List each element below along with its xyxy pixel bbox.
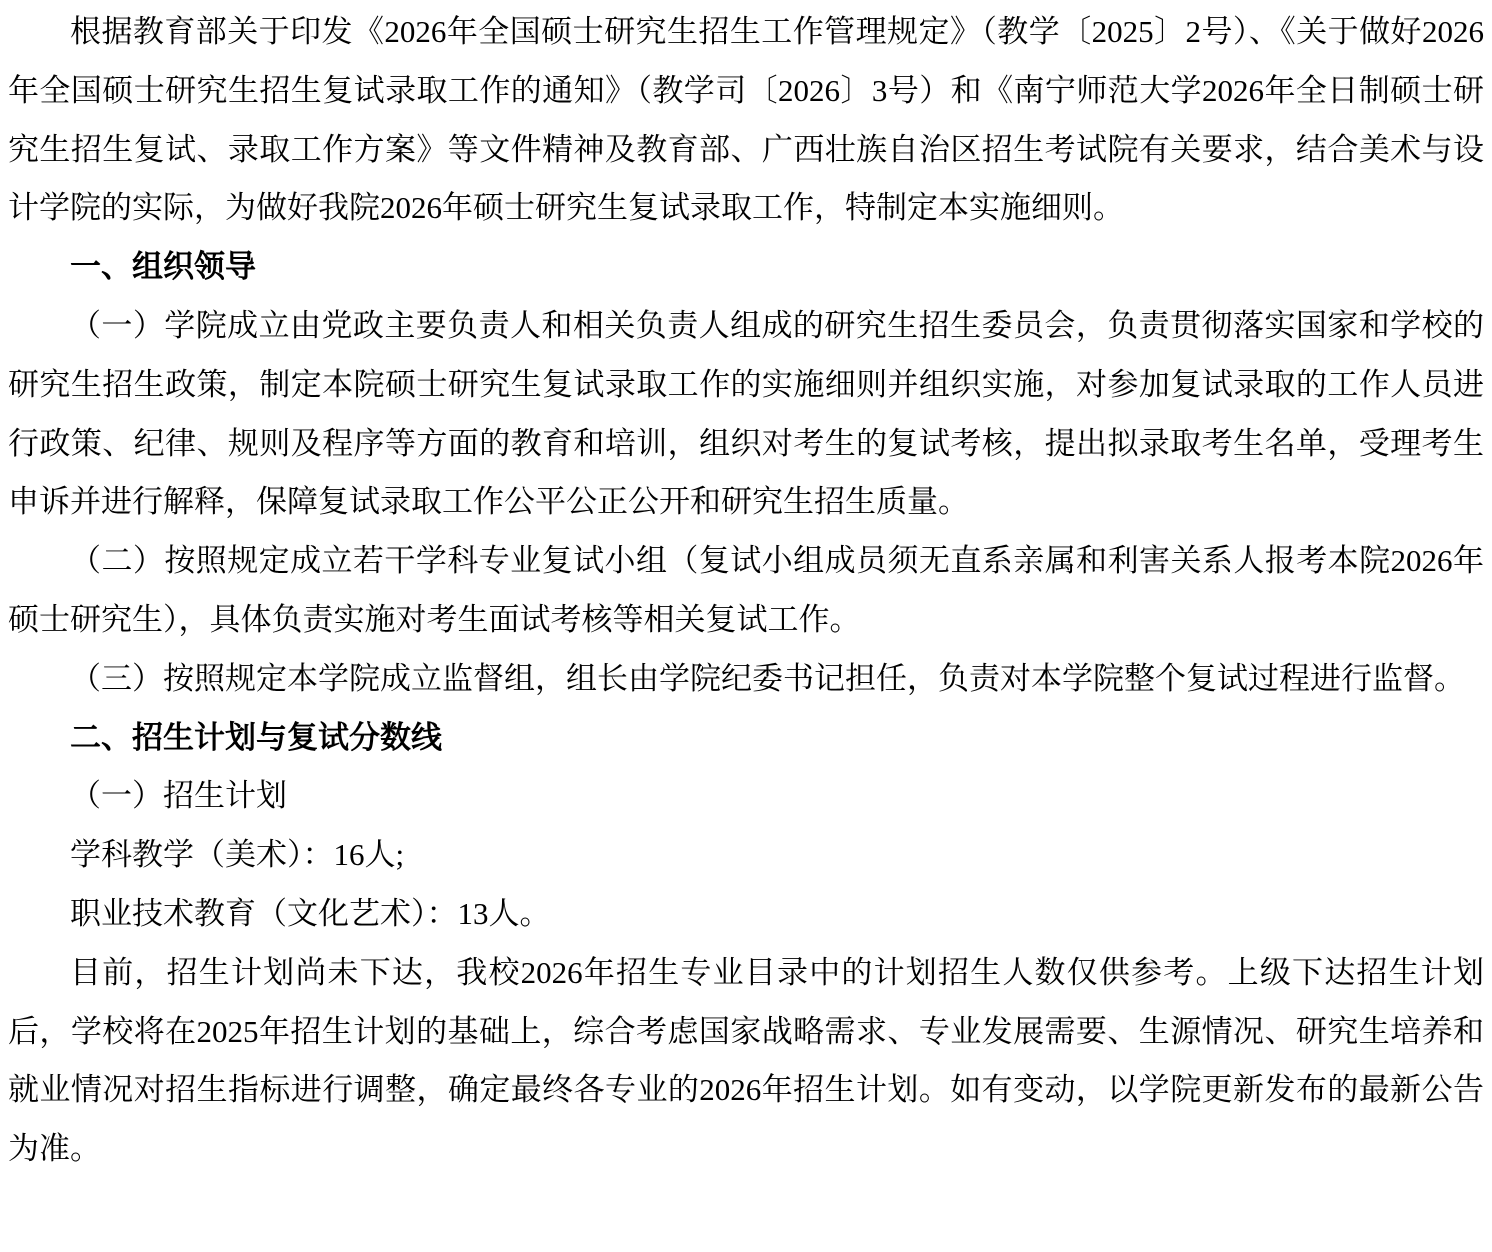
section-2-subheading-plan: （一）招生计划 — [8, 767, 1484, 826]
section-1-item-2: （二）按照规定成立若干学科专业复试小组（复试小组成员须无直系亲属和利害关系人报考… — [8, 532, 1484, 650]
plan-note-paragraph: 目前，招生计划尚未下达，我校2026年招生专业目录中的计划招生人数仅供参考。上级… — [8, 944, 1484, 1179]
section-1-heading: 一、组织领导 — [8, 238, 1484, 297]
section-1-item-3: （三）按照规定本学院成立监督组，组长由学院纪委书记担任，负责对本学院整个复试过程… — [8, 650, 1484, 709]
section-2-heading: 二、招生计划与复试分数线 — [8, 709, 1484, 768]
intro-paragraph: 根据教育部关于印发《2026年全国硕士研究生招生工作管理规定》（教学〔2025〕… — [8, 3, 1484, 238]
section-1-item-1: （一）学院成立由党政主要负责人和相关负责人组成的研究生招生委员会，负责贯彻落实国… — [8, 297, 1484, 532]
document-page: 根据教育部关于印发《2026年全国硕士研究生招生工作管理规定》（教学〔2025〕… — [0, 0, 1492, 1252]
plan-line-art-education: 学科教学（美术）：16人; — [8, 826, 1484, 885]
plan-line-vocational-edu: 职业技术教育（文化艺术）：13人。 — [8, 885, 1484, 944]
